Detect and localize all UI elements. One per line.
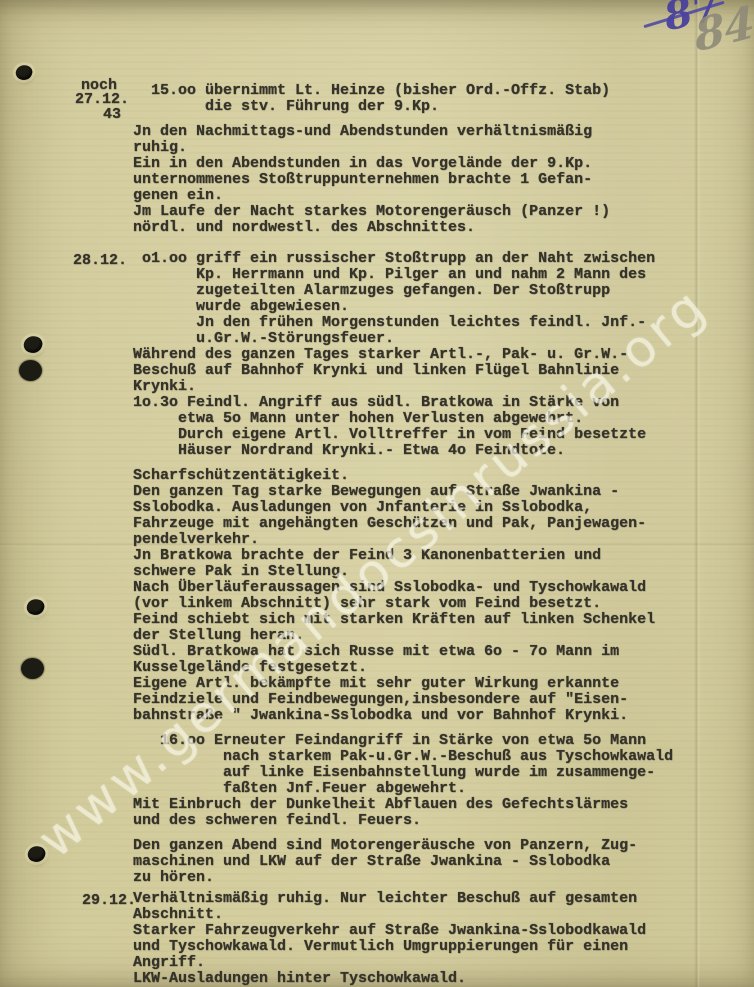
typed-text-line: Jm Laufe der Nacht starkes Motorengeräus… [133,204,713,220]
paragraph: Feind schiebt sich mit starken Kräften a… [133,612,713,644]
typed-text-line: nach starkem Pak-u.Gr.W.-Beschuß aus Tys… [223,749,713,765]
paragraph: Den ganzen Tag starke Bewegungen auf Str… [133,484,713,548]
typed-text-line: u.Gr.W.-Störungsfeuer. [196,331,713,347]
paragraph: Während des ganzen Tages starker Artl.-,… [133,347,713,395]
typed-text-line: maschinen und LKW auf der Straße Jwankin… [133,854,713,870]
typed-text-line: auf linke Eisenbahnstellung wurde im zus… [223,765,713,781]
paragraph: Eigene Artl. bekämpfte mit sehr guter Wi… [133,676,713,724]
typed-text-line: Durch eigene Artl. Volltreffer in vom Fe… [178,427,713,443]
typed-text-line: der Stellung heran. [133,628,713,644]
typed-text-line: Scharfschützentätigkeit. [133,468,713,484]
typed-text-line: Ein in den Abendstunden in das Vorgeländ… [133,156,713,172]
paragraph: 15.oo übernimmt Lt. Heinze (bisher Ord.-… [133,83,713,115]
typed-text-line: Häuser Nordrand Krynki.- Etwa 4o Feindto… [178,443,713,459]
typed-text-line: Angriff. [133,955,713,971]
entry-date: 43 [103,107,121,123]
entry-paragraphs: 15.oo übernimmt Lt. Heinze (bisher Ord.-… [133,83,713,236]
typed-text-line: LKW-Ausladungen hinter Tyschowkawald. [133,971,713,987]
typed-text-line: Jn den Nachmittags-und Abendstunden verh… [133,124,713,140]
typed-text-line: Den ganzen Tag starke Bewegungen auf Str… [133,484,713,500]
typed-text-line: und Tyschowkawald. Vermutlich Umgruppier… [133,939,713,955]
typed-text-line: Jn Bratkowa brachte der Feind 3 Kanonenb… [133,548,713,564]
typed-text-line: 1o.3o Feindl. Angriff aus südl. Bratkowa… [133,395,713,411]
typed-text-line: Während des ganzen Tages starker Artl.-,… [133,347,713,363]
typed-text-line: faßten Jnf.Feuer abgewehrt. [223,781,713,797]
paragraph: Scharfschützentätigkeit. [133,468,713,484]
typed-text-line: Nach Überläuferaussagen sind Sslobodka- … [133,580,713,596]
typed-text-line: Eigene Artl. bekämpfte mit sehr guter Wi… [133,676,713,692]
paragraph: Verhältnismäßig ruhig. Nur leichter Besc… [133,891,713,987]
typed-text-line: 15.oo übernimmt Lt. Heinze (bisher Ord.-… [151,83,713,99]
typed-text-line: ruhig. [133,140,713,156]
typed-text-line: Sslobodka. Ausladungen von Jnfanterie in… [133,500,713,516]
paragraph: 1o.3o Feindl. Angriff aus südl. Bratkowa… [133,395,713,459]
entry-date: 28.12. [73,253,127,269]
paragraph: Jn den Nachmittags-und Abendstunden verh… [133,124,713,156]
typed-text-line: Beschuß auf Bahnhof Krynki und linken Fl… [133,363,713,379]
entry-date: 29.12. [82,893,136,909]
typed-text-line: Kusselgelände festgesetzt. [133,660,713,676]
typed-text-line: Südl. Bratkowa hat sich Russe mit etwa 6… [133,644,713,660]
diary-entries: noch27.12.4315.oo übernimmt Lt. Heinze (… [0,0,754,987]
typed-text-line: schwere Pak in Stellung. [133,564,713,580]
paragraph: Mit Einbruch der Dunkelheit Abflauen des… [133,797,713,829]
typed-text-line: zugeteilten Alarmzuges gefangen. Der Sto… [196,283,713,299]
typed-text-line: Abschnitt. [133,907,713,923]
typed-text-line: 16.oo Erneuter Feindangriff in Stärke vo… [160,733,713,749]
paragraph: Ein in den Abendstunden in das Vorgeländ… [133,156,713,204]
typed-text-line: die stv. Führung der 9.Kp. [205,99,713,115]
typed-text-line: und des schweren feindl. Feuers. [133,813,713,829]
typed-text-line: Kp. Herrmann und Kp. Pilger an und nahm … [196,267,713,283]
paragraph: Nach Überläuferaussagen sind Sslobodka- … [133,580,713,612]
paragraph: 16.oo Erneuter Feindangriff in Stärke vo… [133,733,713,797]
document-page: 87 84 noch27.12.4315.oo übernimmt Lt. He… [0,0,754,987]
paragraph: o1.oo griff ein russischer Stoßtrupp an … [133,251,713,315]
entry-paragraphs: Verhältnismäßig ruhig. Nur leichter Besc… [133,891,713,987]
typed-text-line: genen ein. [133,188,713,204]
typed-text-line: Den ganzen Abend sind Motorengeräusche v… [133,838,713,854]
typed-text-line: zu hören. [133,870,713,886]
typed-text-line: Mit Einbruch der Dunkelheit Abflauen des… [133,797,713,813]
typed-text-line: Feind schiebt sich mit starken Kräften a… [133,612,713,628]
typed-text-line: unternommenes Stoßtruppunternehmen brach… [133,172,713,188]
paragraph: Den ganzen Abend sind Motorengeräusche v… [133,838,713,886]
typed-text-line: nördl. und nordwestl. des Abschnittes. [133,220,713,236]
typed-text-line: wurde abgewiesen. [196,299,713,315]
typed-text-line: Krynki. [133,379,713,395]
typed-text-line: Starker Fahrzeugverkehr auf Straße Jwank… [133,923,713,939]
typed-text-line: etwa 5o Mann unter hohen Verlusten abgew… [178,411,713,427]
paragraph: Jm Laufe der Nacht starkes Motorengeräus… [133,204,713,236]
typed-text-line: bahnstraße " Jwankina-Sslobodka und vor … [133,708,713,724]
typed-text-line: Jn den frühen Morgenstunden leichtes fei… [196,315,713,331]
typed-text-line: pendelverkehr. [133,532,713,548]
paragraph: Jn Bratkowa brachte der Feind 3 Kanonenb… [133,548,713,580]
typed-text-line: Feindziele und Feindbewegungen,insbesond… [133,692,713,708]
typed-text-line: Fahrzeuge mit angehängten Geschützen und… [133,516,713,532]
typed-text-line: o1.oo griff ein russischer Stoßtrupp an … [133,251,713,267]
typed-text-line: (vor linkem Abschnitt) sehr stark vom Fe… [133,596,713,612]
paragraph: Jn den frühen Morgenstunden leichtes fei… [133,315,713,347]
paragraph: Südl. Bratkowa hat sich Russe mit etwa 6… [133,644,713,676]
typed-text-line: Verhältnismäßig ruhig. Nur leichter Besc… [133,891,713,907]
entry-paragraphs: o1.oo griff ein russischer Stoßtrupp an … [133,251,713,886]
